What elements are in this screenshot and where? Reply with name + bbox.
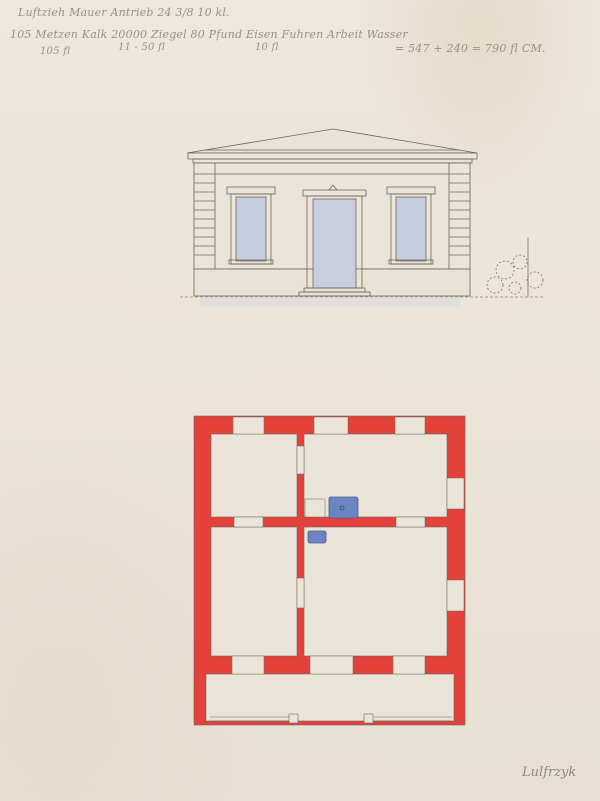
drawing-canvas (0, 0, 600, 801)
room-bottom-right (304, 527, 447, 656)
room-top-right (304, 434, 447, 517)
room-bottom-left (211, 527, 297, 656)
artist-signature: Lulfrzyk (522, 765, 576, 780)
room-top-left (211, 434, 297, 517)
floor-plan (194, 416, 465, 725)
stove-main (329, 497, 358, 518)
loggia (206, 674, 454, 721)
shrub-sketch (487, 238, 543, 297)
front-elevation (180, 129, 545, 307)
stove-small (308, 531, 326, 543)
